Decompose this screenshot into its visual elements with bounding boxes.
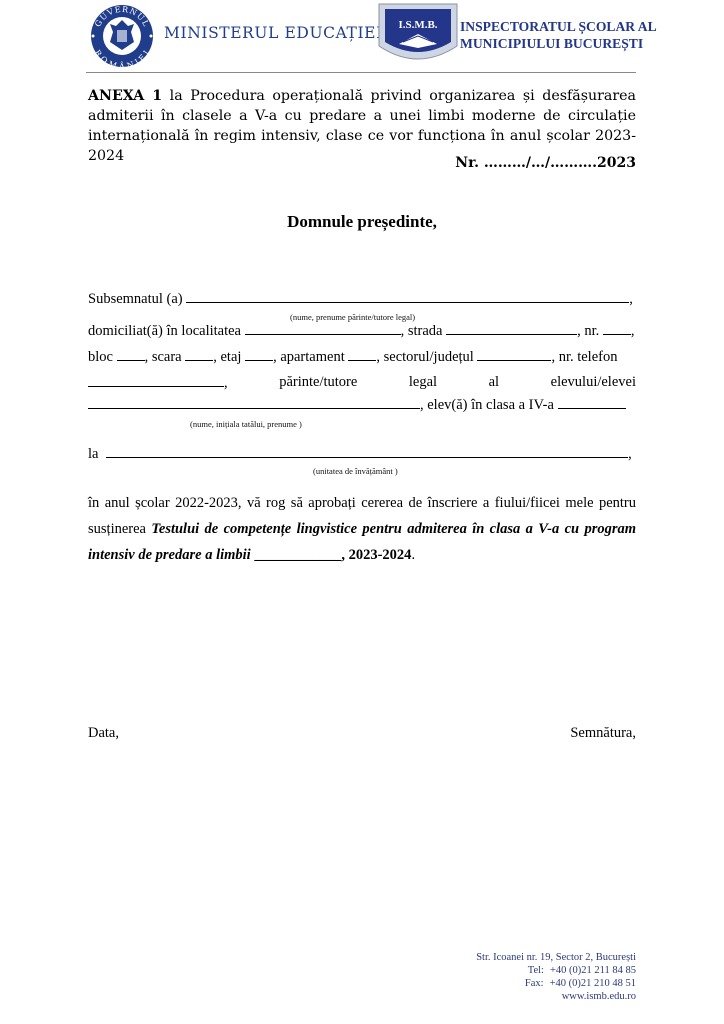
ministry-name: MINISTERUL EDUCAȚIEI xyxy=(164,24,383,42)
request-paragraph: în anul școlar 2022-2023, vă rog să apro… xyxy=(88,490,636,568)
block-field[interactable] xyxy=(117,348,145,361)
school-field[interactable] xyxy=(106,445,628,458)
school-hint: (unitatea de învățământ ) xyxy=(313,466,398,476)
government-seal-logo: GUVERNUL ROMÂNIEI xyxy=(88,4,156,68)
comma: , xyxy=(224,375,228,391)
request-year: , 2023-2024 xyxy=(341,547,411,563)
form-line-school: la , xyxy=(88,445,636,463)
class-field[interactable] xyxy=(558,396,626,409)
header-divider-right xyxy=(368,72,636,73)
street-number-field[interactable] xyxy=(603,322,631,335)
annex-label: ANEXA 1 xyxy=(88,88,162,104)
student-name-hint: (nume, inițiala tatălui, prenume ) xyxy=(190,419,302,429)
svg-text:I.S.M.B.: I.S.M.B. xyxy=(398,19,437,31)
signature-label: Semnătura, xyxy=(570,725,636,742)
annex-title: ANEXA 1 la Procedura operațională privin… xyxy=(88,86,636,166)
al-word: al xyxy=(489,374,499,392)
scara-label: , scara xyxy=(145,349,182,365)
parinte-word: părinte/tutore xyxy=(279,374,357,392)
fax-number: +40 (0)21 210 48 51 xyxy=(550,977,636,990)
registration-number: Nr. ………/…/……….2023 xyxy=(455,155,636,171)
inspectorate-name-line2: MUNICIPIULUI BUCUREȘTI xyxy=(460,35,657,52)
parent-name-field[interactable] xyxy=(186,290,629,303)
footer-address: Str. Icoanei nr. 19, Sector 2, București xyxy=(476,951,636,964)
inspectorate-name: INSPECTORATUL ȘCOLAR AL MUNICIPIULUI BUC… xyxy=(460,18,657,52)
etaj-label: , etaj xyxy=(213,349,241,365)
tel-label: Tel: xyxy=(528,964,544,977)
street-field[interactable] xyxy=(446,322,577,335)
period: . xyxy=(411,547,415,563)
sector-label: , sectorul/județul xyxy=(376,349,473,365)
form-line-address: bloc , scara , etaj , apartament , secto… xyxy=(88,348,636,366)
locality-field[interactable] xyxy=(245,322,401,335)
form-line-subsemnatul: Subsemnatul (a) , xyxy=(88,290,636,308)
form-line-student: , elev(ă) în clasa a IV-a xyxy=(88,396,636,414)
apartment-field[interactable] xyxy=(348,348,376,361)
footer-contact: Str. Icoanei nr. 19, Sector 2, București… xyxy=(476,951,636,1003)
elevului-word: elevului/elevei xyxy=(551,374,636,392)
la-label: la xyxy=(88,446,98,462)
phone-field[interactable] xyxy=(88,374,224,387)
parent-name-hint: (nume, prenume părinte/tutore legal) xyxy=(290,312,415,322)
floor-field[interactable] xyxy=(245,348,273,361)
comma: , xyxy=(631,323,635,339)
elev-label: , elev(ă) în clasa a IV-a xyxy=(420,397,554,413)
telefon-label: , nr. telefon xyxy=(551,349,617,365)
apartament-label: , apartament xyxy=(273,349,345,365)
inspectorate-name-line1: INSPECTORATUL ȘCOLAR AL xyxy=(460,18,657,35)
tel-number: +40 (0)21 211 84 85 xyxy=(550,964,636,977)
fax-label: Fax: xyxy=(525,977,544,990)
student-name-field[interactable] xyxy=(88,396,420,409)
strada-label: , strada xyxy=(401,323,443,339)
comma: , xyxy=(628,446,632,462)
date-label: Data, xyxy=(88,725,119,742)
ismb-shield-logo: I.S.M.B. xyxy=(377,2,459,70)
sector-county-field[interactable] xyxy=(477,348,551,361)
bloc-label: bloc xyxy=(88,349,113,365)
annex-text: la Procedura operațională privind organi… xyxy=(88,88,636,164)
subsemnatul-label: Subsemnatul (a) xyxy=(88,291,183,307)
form-line-phone-parent: , părinte/tutore legal al elevului/eleve… xyxy=(88,374,636,392)
comma: , xyxy=(629,291,633,307)
language-field[interactable]: ____________ xyxy=(254,547,341,563)
legal-word: legal xyxy=(409,374,437,392)
staircase-field[interactable] xyxy=(185,348,213,361)
header-divider-left xyxy=(86,72,376,73)
salutation: Domnule președinte, xyxy=(0,212,724,232)
domiciliat-label: domiciliat(ă) în localitatea xyxy=(88,323,241,339)
nr-label: , nr. xyxy=(577,323,599,339)
footer-website[interactable]: www.ismb.edu.ro xyxy=(476,990,636,1003)
form-line-domiciliu: domiciliat(ă) în localitatea , strada , … xyxy=(88,322,636,340)
